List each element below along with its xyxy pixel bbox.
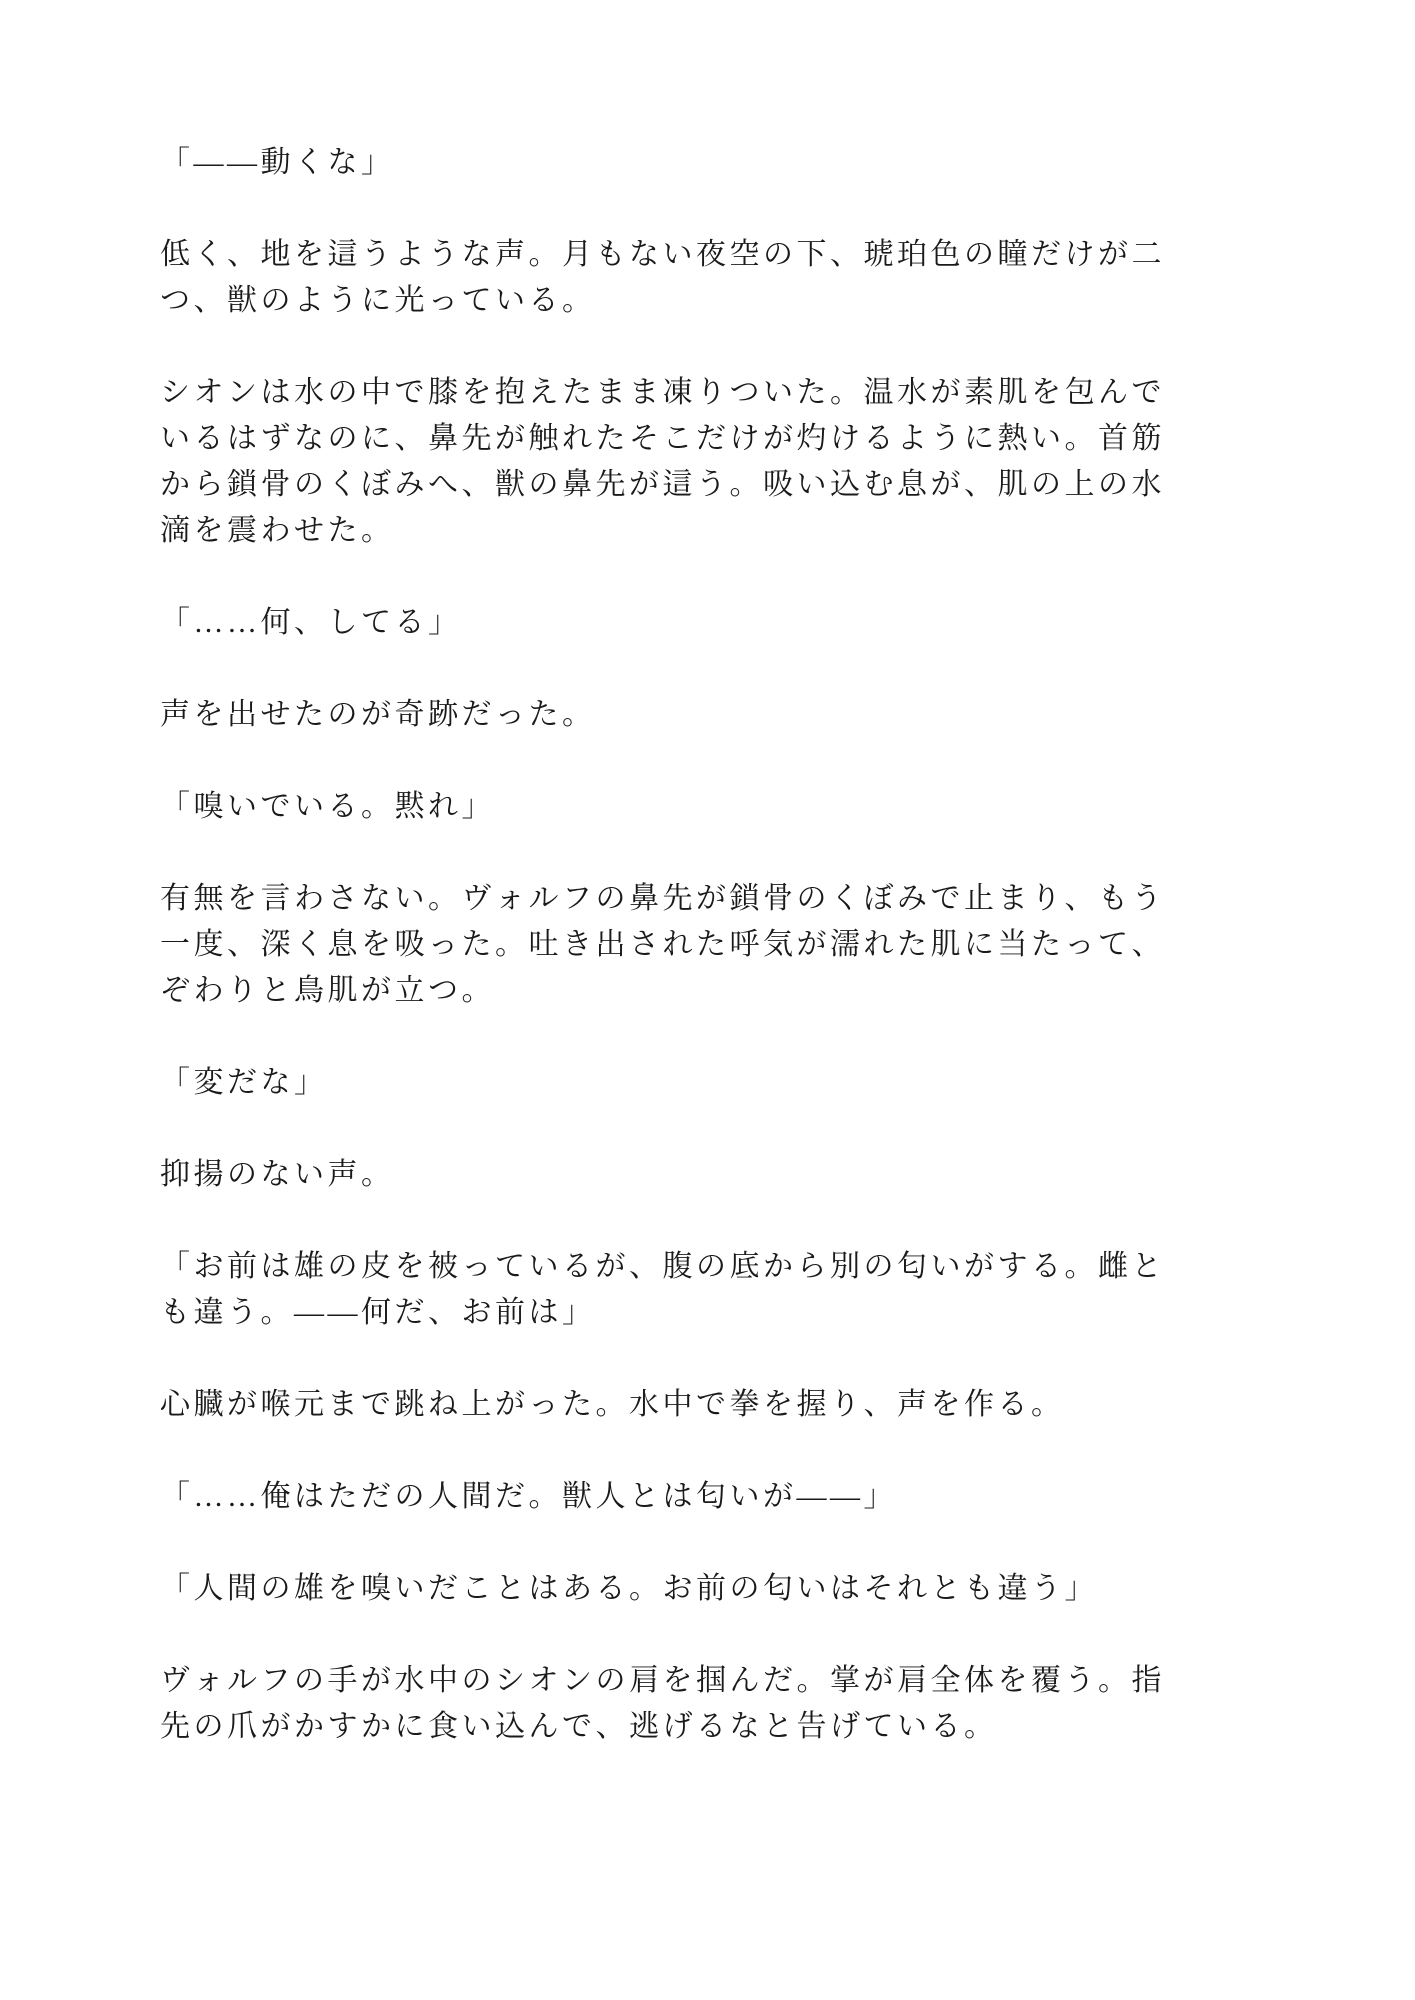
text-line: 有無を言わさない。ヴォルフの鼻先が鎖骨のくぼみで止まり、もう	[160, 876, 1180, 922]
text-line: ヴォルフの手が水中のシオンの肩を掴んだ。掌が肩全体を覆う。指	[160, 1658, 1180, 1704]
paragraph-narration-7: ヴォルフの手が水中のシオンの肩を掴んだ。掌が肩全体を覆う。指先の爪がかすかに食い…	[160, 1658, 1180, 1750]
text-line: 「変だな」	[160, 1060, 1180, 1106]
text-line: つ、獣のように光っている。	[160, 278, 1180, 324]
text-line: 「——動くな」	[160, 140, 1180, 186]
text-line: 一度、深く息を吸った。吐き出された呼気が濡れた肌に当たって、	[160, 922, 1180, 968]
text-line: も違う。——何だ、お前は」	[160, 1290, 1180, 1336]
paragraph-dialogue-6: 「……俺はただの人間だ。獣人とは匂いが——」	[160, 1474, 1180, 1520]
document-page: 「——動くな」 低く、地を這うような声。月もない夜空の下、琥珀色の瞳だけが二つ、…	[0, 0, 1415, 2000]
text-line: 低く、地を這うような声。月もない夜空の下、琥珀色の瞳だけが二	[160, 232, 1180, 278]
text-line: ぞわりと鳥肌が立つ。	[160, 968, 1180, 1014]
text-line: 「人間の雄を嗅いだことはある。お前の匂いはそれとも違う」	[160, 1566, 1180, 1612]
text-line: 「お前は雄の皮を被っているが、腹の底から別の匂いがする。雌と	[160, 1244, 1180, 1290]
text-line: から鎖骨のくぼみへ、獣の鼻先が這う。吸い込む息が、肌の上の水	[160, 462, 1180, 508]
text-line: 先の爪がかすかに食い込んで、逃げるなと告げている。	[160, 1704, 1180, 1750]
text-line: 「嗅いでいる。黙れ」	[160, 784, 1180, 830]
text-line: 「……俺はただの人間だ。獣人とは匂いが——」	[160, 1474, 1180, 1520]
paragraph-narration-4: 有無を言わさない。ヴォルフの鼻先が鎖骨のくぼみで止まり、もう一度、深く息を吸った…	[160, 876, 1180, 1014]
text-line: シオンは水の中で膝を抱えたまま凍りついた。温水が素肌を包んで	[160, 370, 1180, 416]
paragraph-narration-2: シオンは水の中で膝を抱えたまま凍りついた。温水が素肌を包んでいるはずなのに、鼻先…	[160, 370, 1180, 554]
text-line: 声を出せたのが奇跡だった。	[160, 692, 1180, 738]
paragraph-narration-5: 抑揚のない声。	[160, 1152, 1180, 1198]
text-line: 心臓が喉元まで跳ね上がった。水中で拳を握り、声を作る。	[160, 1382, 1180, 1428]
paragraph-narration-1: 低く、地を這うような声。月もない夜空の下、琥珀色の瞳だけが二つ、獣のように光って…	[160, 232, 1180, 324]
text-line: 滴を震わせた。	[160, 508, 1180, 554]
paragraph-dialogue-3: 「嗅いでいる。黙れ」	[160, 784, 1180, 830]
text-line: 抑揚のない声。	[160, 1152, 1180, 1198]
paragraph-dialogue-4: 「変だな」	[160, 1060, 1180, 1106]
text-line: 「……何、してる」	[160, 600, 1180, 646]
paragraph-narration-3: 声を出せたのが奇跡だった。	[160, 692, 1180, 738]
paragraph-dialogue-2: 「……何、してる」	[160, 600, 1180, 646]
paragraph-dialogue-1: 「——動くな」	[160, 140, 1180, 186]
paragraph-dialogue-7: 「人間の雄を嗅いだことはある。お前の匂いはそれとも違う」	[160, 1566, 1180, 1612]
paragraph-narration-6: 心臓が喉元まで跳ね上がった。水中で拳を握り、声を作る。	[160, 1382, 1180, 1428]
text-line: いるはずなのに、鼻先が触れたそこだけが灼けるように熱い。首筋	[160, 416, 1180, 462]
paragraph-dialogue-5: 「お前は雄の皮を被っているが、腹の底から別の匂いがする。雌とも違う。——何だ、お…	[160, 1244, 1180, 1336]
